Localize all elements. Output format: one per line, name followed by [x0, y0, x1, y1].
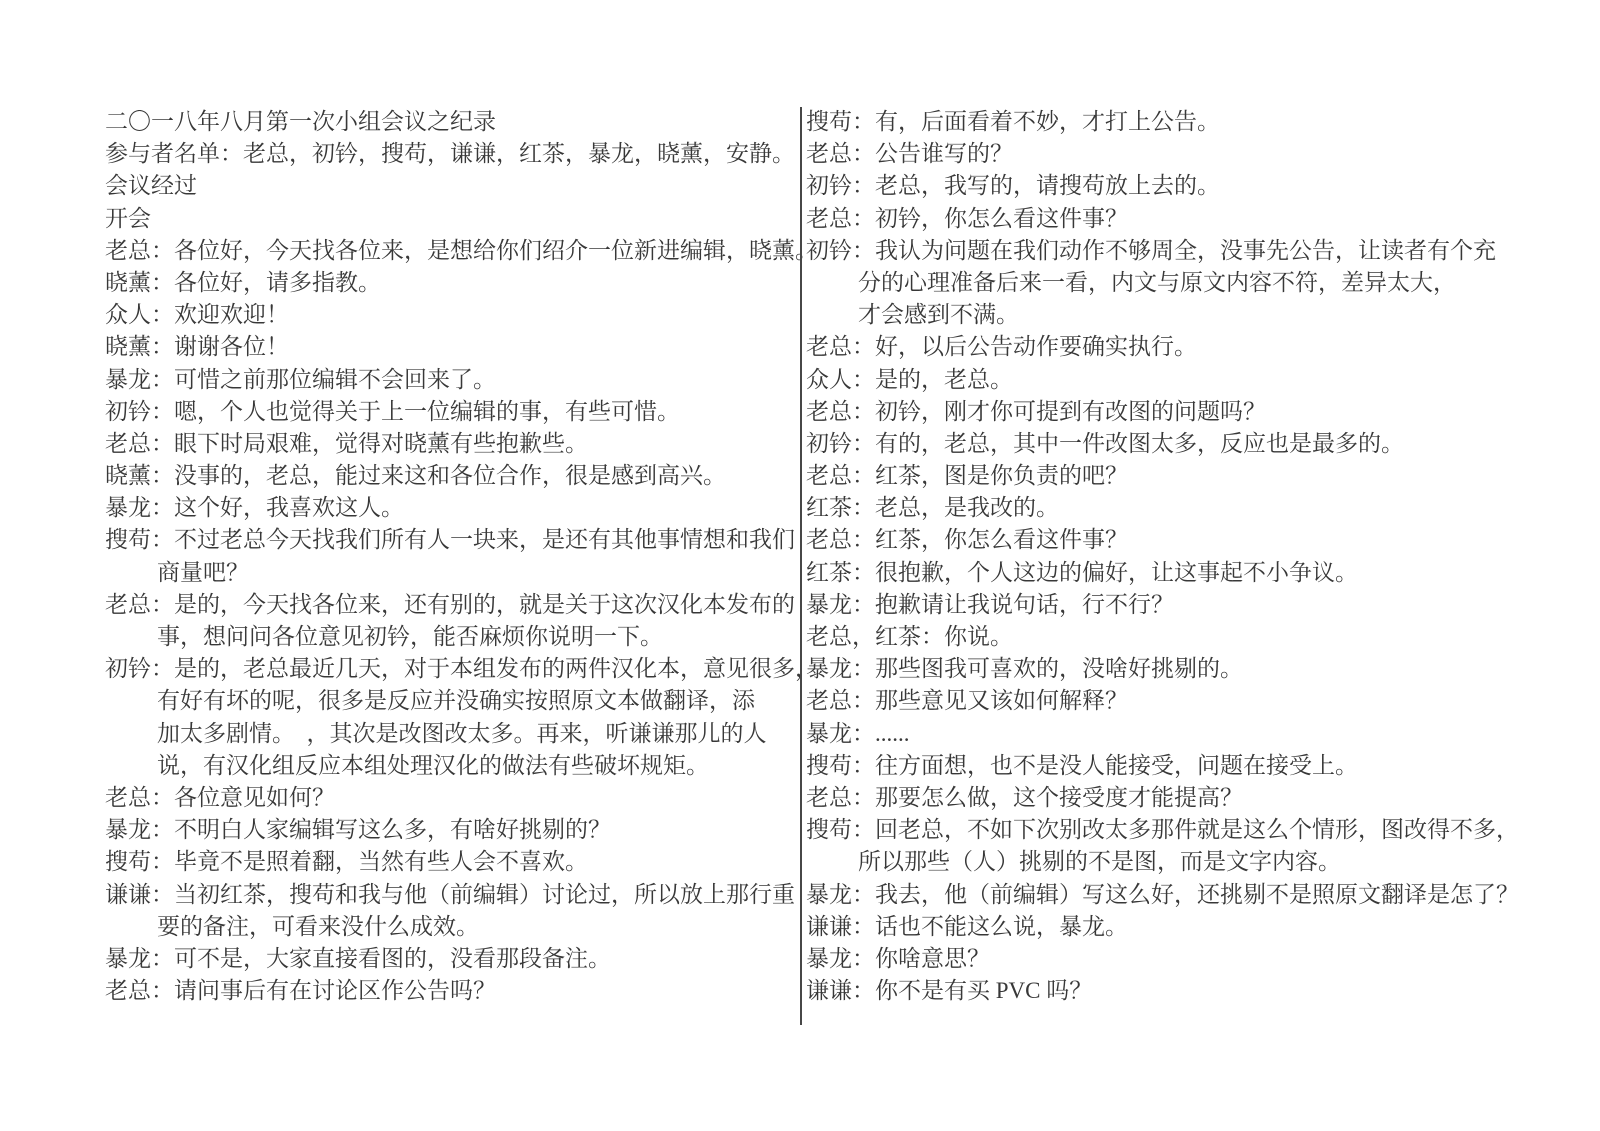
dialogue-line: 老总：请问事后有在讨论区作公告吗？	[105, 975, 801, 1007]
dialogue-line: 暴龙：抱歉请让我说句话，行不行？	[806, 589, 1566, 621]
dialogue-line: 老总：那要怎么做，这个接受度才能提高？	[806, 782, 1566, 814]
dialogue-line: 事，想问问各位意见初钤，能否麻烦你说明一下。	[105, 621, 801, 653]
dialogue-line: 晓薰：没事的，老总，能过来这和各位合作，很是感到高兴。	[105, 460, 801, 492]
dialogue-line: 要的备注，可看来没什么成效。	[105, 911, 801, 943]
dialogue-line: 初钤：老总，我写的，请搜苟放上去的。	[806, 170, 1566, 202]
dialogue-line: 老总：红茶，图是你负责的吧？	[806, 460, 1566, 492]
dialogue-line: 商量吧？	[105, 557, 801, 589]
dialogue-line: 加太多剧情。 ，其次是改图改太多。再来，听谦谦那儿的人	[105, 718, 801, 750]
dialogue-line: 晓薰：谢谢各位！	[105, 331, 801, 363]
dialogue-line: 分的心理准备后来一看，内文与原文内容不符，差异太大，	[806, 267, 1566, 299]
dialogue-line: 搜苟：不过老总今天找我们所有人一块来，是还有其他事情想和我们	[105, 524, 801, 556]
dialogue-line: 所以那些（人）挑剔的不是图，而是文字内容。	[806, 846, 1566, 878]
dialogue-line: 初钤：我认为问题在我们动作不够周全，没事先公告，让读者有个充	[806, 235, 1566, 267]
dialogue-line: 搜苟：有，后面看着不妙，才打上公告。	[806, 106, 1566, 138]
document-title: 二〇一八年八月第一次小组会议之纪录	[105, 106, 801, 138]
dialogue-line: 暴龙：你啥意思？	[806, 943, 1566, 975]
dialogue-line: 暴龙：这个好，我喜欢这人。	[105, 492, 801, 524]
dialogue-line: 老总：那些意见又该如何解释？	[806, 685, 1566, 717]
dialogue-line: 说，有汉化组反应本组处理汉化的做法有些破坏规矩。	[105, 750, 801, 782]
dialogue-line: 老总：眼下时局艰难，觉得对晓薰有些抱歉些。	[105, 428, 801, 460]
dialogue-line: 晓薰：各位好，请多指教。	[105, 267, 801, 299]
dialogue-line: 暴龙：我去，他（前编辑）写这么好，还挑剔不是照原文翻译是怎了？	[806, 879, 1566, 911]
dialogue-line: 初钤：是的，老总最近几天，对于本组发布的两件汉化本，意见很多，	[105, 653, 801, 685]
dialogue-line: 会议经过	[105, 170, 801, 202]
dialogue-line: 老总：好，以后公告动作要确实执行。	[806, 331, 1566, 363]
right-text-column: 搜苟：有，后面看着不妙，才打上公告。老总：公告谁写的？初钤：老总，我写的，请搜苟…	[806, 106, 1566, 1007]
dialogue-line: 老总：是的，今天找各位来，还有别的，就是关于这次汉化本发布的	[105, 589, 801, 621]
dialogue-line: 谦谦：你不是有买 PVC 吗？	[806, 975, 1566, 1007]
dialogue-line: 老总，红茶：你说。	[806, 621, 1566, 653]
document-page: 二〇一八年八月第一次小组会议之纪录参与者名单：老总，初钤，搜苟，谦谦，红茶，暴龙…	[0, 0, 1600, 1131]
dialogue-line: 参与者名单：老总，初钤，搜苟，谦谦，红茶，暴龙，晓薰，安静。	[105, 138, 801, 170]
column-divider	[800, 107, 802, 1025]
dialogue-line: 众人：是的，老总。	[806, 364, 1566, 396]
dialogue-line: 暴龙：可惜之前那位编辑不会回来了。	[105, 364, 801, 396]
dialogue-line: 搜苟：往方面想，也不是没人能接受，问题在接受上。	[806, 750, 1566, 782]
dialogue-line: 暴龙：那些图我可喜欢的，没啥好挑剔的。	[806, 653, 1566, 685]
dialogue-line: 众人：欢迎欢迎！	[105, 299, 801, 331]
dialogue-line: 初钤：嗯，个人也觉得关于上一位编辑的事，有些可惜。	[105, 396, 801, 428]
dialogue-line: 老总：各位意见如何？	[105, 782, 801, 814]
dialogue-line: 谦谦：当初红茶，搜苟和我与他（前编辑）讨论过，所以放上那行重	[105, 879, 801, 911]
dialogue-line: 开会	[105, 203, 801, 235]
dialogue-line: 初钤：有的，老总，其中一件改图太多，反应也是最多的。	[806, 428, 1566, 460]
dialogue-line: 有好有坏的呢，很多是反应并没确实按照原文本做翻译，添	[105, 685, 801, 717]
dialogue-line: 老总：红茶，你怎么看这件事？	[806, 524, 1566, 556]
dialogue-line: 红茶：很抱歉，个人这边的偏好，让这事起不小争议。	[806, 557, 1566, 589]
dialogue-line: 暴龙：......	[806, 718, 1566, 750]
left-text-column: 二〇一八年八月第一次小组会议之纪录参与者名单：老总，初钤，搜苟，谦谦，红茶，暴龙…	[105, 106, 801, 1007]
dialogue-line: 老总：初钤，你怎么看这件事？	[806, 203, 1566, 235]
dialogue-line: 老总：各位好，今天找各位来，是想给你们绍介一位新进编辑，晓薰。	[105, 235, 801, 267]
dialogue-line: 暴龙：可不是，大家直接看图的，没看那段备注。	[105, 943, 801, 975]
dialogue-line: 搜苟：回老总，不如下次别改太多那件就是这么个情形，图改得不多，	[806, 814, 1566, 846]
dialogue-line: 红茶：老总，是我改的。	[806, 492, 1566, 524]
dialogue-line: 才会感到不满。	[806, 299, 1566, 331]
dialogue-line: 暴龙：不明白人家编辑写这么多，有啥好挑剔的？	[105, 814, 801, 846]
dialogue-line: 老总：公告谁写的？	[806, 138, 1566, 170]
dialogue-line: 老总：初钤，刚才你可提到有改图的问题吗？	[806, 396, 1566, 428]
dialogue-line: 谦谦：话也不能这么说，暴龙。	[806, 911, 1566, 943]
dialogue-line: 搜苟：毕竟不是照着翻，当然有些人会不喜欢。	[105, 846, 801, 878]
